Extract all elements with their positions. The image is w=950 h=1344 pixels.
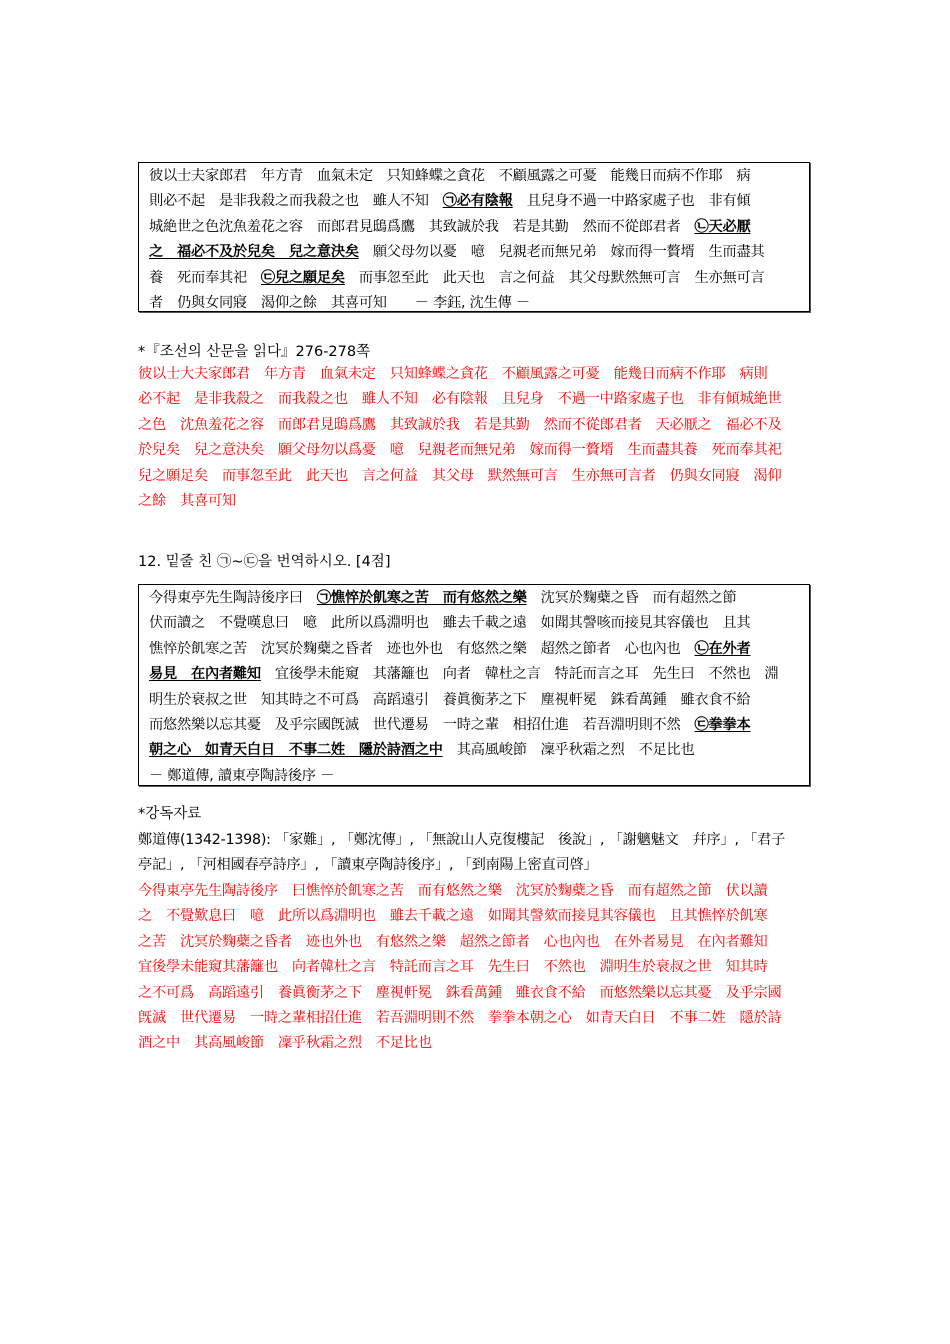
underlined-phrase-b-cont: 之 福必不及於兒矣 兒之意決矣 — [149, 244, 359, 260]
underlined-phrase-b: ㉡在外者 — [695, 641, 751, 657]
source-heading-2: *강독자료 — [138, 804, 201, 824]
underlined-phrase-c: ㉢兒之願足矣 — [261, 270, 345, 286]
source-work-list: 鄭道傳(1342-1398): 「家難」, 「鄭沈傳」, 「無說山人克復樓記 後… — [138, 828, 785, 879]
underlined-phrase-b: ㉡天必厭 — [695, 219, 751, 235]
work-list-line: 鄭道傳(1342-1398): 「家難」, 「鄭沈傳」, 「無說山人克復樓記 後… — [138, 828, 785, 853]
work-list-line: 亭記」, 「河相國春亭詩序」, 「讀東亭陶詩後序」, 「到南陽上密直司啓」 — [138, 853, 785, 878]
passage-box-shensheng: 彼以士夫家郎君 年方青 血氣未定 只知蜂蝶之貪花 不顧風露之可憂 能幾日而病不作… — [138, 162, 810, 312]
red-line: 必不起 是非我殺之 而我殺之也 雖人不知 必有陰報 且兒身 不過一中路家處子也 … — [138, 387, 781, 412]
underlined-phrase-a: ㉠憔悴於飢寒之苦 而有悠然之樂 — [317, 590, 527, 606]
passage-line: 伏而讀之 不覺嘆息曰 噫 此所以爲淵明也 雖去千載之遠 如聞其謦咳而接見其容儀也… — [149, 611, 801, 636]
underlined-phrase-c-cont: 朝之心 如青天白日 不事二姓 隱於詩酒之中 — [149, 742, 443, 758]
underlined-phrase-c: ㉢拳拳本 — [695, 717, 751, 733]
red-line: 之色 沈魚羞花之容 而郎君見鴟爲鷹 其致誠於我 若是其勤 然而不從郎君者 天必厭… — [138, 413, 781, 438]
passage-line: 則必不起 是非我殺之而我殺之也 雖人不知 ㉠必有陰報 且兒身不過一中路家處子也 … — [149, 189, 801, 214]
passage-line: 彼以士夫家郎君 年方青 血氣未定 只知蜂蝶之貪花 不顧風露之可憂 能幾日而病不作… — [149, 164, 801, 189]
underlined-phrase-a: ㉠必有陰報 — [443, 193, 513, 209]
red-line: 宜後學未能窺其藩籬也 向者韓杜之言 特託而言之耳 先生曰 不然也 淵明生於衰叔之… — [138, 955, 781, 980]
passage-line: 之 福必不及於兒矣 兒之意決矣 願父母勿以憂 噫 兒親老而無兄弟 嫁而得一贅壻 … — [149, 240, 801, 265]
passage-line: 明生於衰叔之世 知其時之不可爲 高蹈遠引 養眞衡茅之下 塵視軒冕 銖看萬鍾 雖衣… — [149, 688, 801, 713]
passage-line: 而悠然樂以忘其憂 及乎宗國旣滅 世代遷易 一時之輩 相招仕進 若吾淵明則不然 ㉢… — [149, 713, 801, 738]
underlined-phrase-b-cont: 易見 在內者難知 — [149, 666, 261, 682]
passage-line: 憔悴於飢寒之苦 沈冥於麴蘗之昏者 迹也外也 有悠然之樂 超然之節者 心也內也 ㉡… — [149, 637, 801, 662]
passage-line: 今得東亭先生陶詩後序曰 ㉠憔悴於飢寒之苦 而有悠然之樂 沈冥於麴蘗之昏 而有超然… — [149, 586, 801, 611]
red-line: 兒之願足矣 而事忽至此 此天也 言之何益 其父母 默然無可言 生亦無可言者 仍與… — [138, 464, 781, 489]
passage-line: 城絶世之色沈魚羞花之容 而郎君見鴟爲鷹 其致誠於我 若是其勤 然而不從郎君者 ㉡… — [149, 215, 801, 240]
passage-line: 養 死而奉其祀 ㉢兒之願足矣 而事忽至此 此天也 言之何益 其父母默然無可言 生… — [149, 266, 801, 291]
source-text-red-2: 今得東亭先生陶詩後序 曰憔悴於飢寒之苦 而有悠然之樂 沈冥於麴蘗之昏 而有超然之… — [138, 879, 781, 1057]
passage-box-dongjeong: 今得東亭先生陶詩後序曰 ㉠憔悴於飢寒之苦 而有悠然之樂 沈冥於麴蘗之昏 而有超然… — [138, 584, 810, 786]
passage-line: 朝之心 如青天白日 不事二姓 隱於詩酒之中 其高風峻節 凜乎秋霜之烈 不足比也 — [149, 738, 801, 763]
red-line: 今得東亭先生陶詩後序 曰憔悴於飢寒之苦 而有悠然之樂 沈冥於麴蘗之昏 而有超然之… — [138, 879, 781, 904]
source-heading-1: *『조선의 산문을 읽다』276-278쪽 — [138, 342, 370, 362]
passage-line: 易見 在內者難知 宜後學未能窺 其藩籬也 向者 韓杜之言 特託而言之耳 先生曰 … — [149, 662, 801, 687]
red-line: 之不可爲 高蹈遠引 養眞衡茅之下 塵視軒冕 銖看萬鍾 雖衣食不給 而悠然樂以忘其… — [138, 981, 781, 1006]
source-text-red-1: 彼以士大夫家郎君 年方青 血氣未定 只知蜂蝶之貪花 不顧風露之可憂 能幾日而病不… — [138, 362, 781, 514]
red-line: 之餘 其喜可知 — [138, 489, 781, 514]
red-line: 之苦 沈冥於麴蘗之昏者 迹也外也 有悠然之樂 超然之節者 心也內也 在外者易見 … — [138, 930, 781, 955]
red-line: 之 不覺歎息曰 噫 此所以爲淵明也 雖去千載之遠 如聞其謦欬而接見其容儀也 且其… — [138, 904, 781, 929]
red-line: 酒之中 其高風峻節 凜乎秋霜之烈 不足比也 — [138, 1031, 781, 1056]
red-line: 彼以士大夫家郎君 年方青 血氣未定 只知蜂蝶之貪花 不顧風露之可憂 能幾日而病不… — [138, 362, 781, 387]
question-12-heading: 12. 밑줄 친 ㉠~㉢을 번역하시오. [4점] — [138, 552, 390, 572]
red-line: 於兒矣 兒之意決矣 願父母勿以爲憂 噫 兒親老而無兄弟 嫁而得一贅壻 生而盡其養… — [138, 438, 781, 463]
passage-line: 者 仍與女同寢 渴仰之餘 其喜可知 － 李鈺, 沈生傳 － — [149, 291, 801, 316]
passage-line: － 鄭道傳, 讀東亭陶詩後序 － — [149, 764, 801, 789]
red-line: 旣滅 世代遷易 一時之輩相招仕進 若吾淵明則不然 拳拳本朝之心 如青天白日 不事… — [138, 1006, 781, 1031]
